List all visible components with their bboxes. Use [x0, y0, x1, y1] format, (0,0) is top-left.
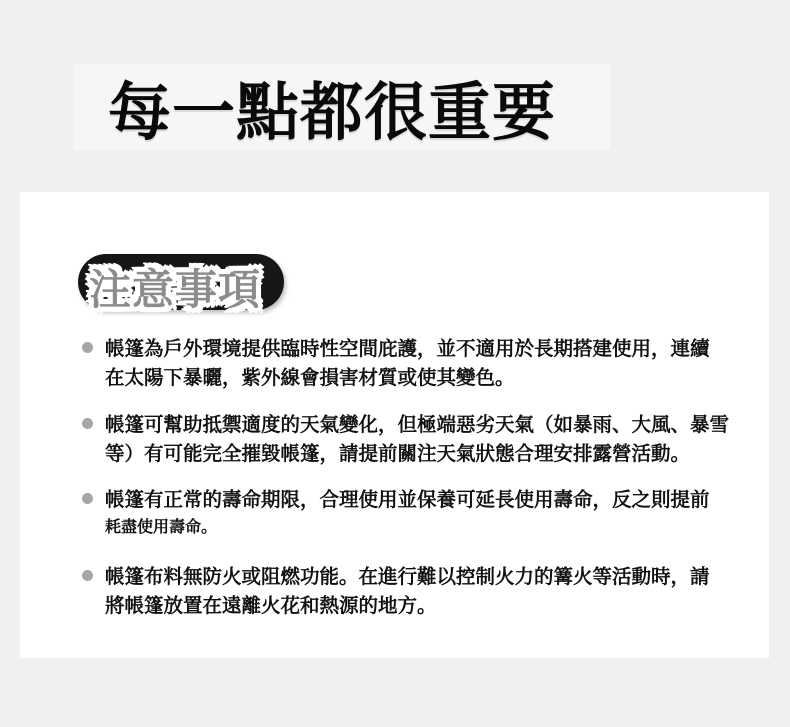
bullet-text: 帳篷為戶外環境提供臨時性空間庇護，並不適用於長期搭建使用，連續 在太陽下暴曬，紫…: [105, 335, 710, 393]
list-item: 帳篷有正常的壽命期限，合理使用並保養可延長使用壽命，反之則提前 耗盡使用壽命。: [82, 486, 710, 541]
bullet-dot-icon: [82, 342, 93, 353]
bullet-dot-icon: [82, 570, 93, 581]
bullet-text: 帳篷布料無防火或阻燃功能。在進行難以控制火力的篝火等活動時，請 將帳篷放置在遠離…: [105, 563, 710, 621]
bullet-text: 帳篷可幫助抵禦適度的天氣變化，但極端惡劣天氣（如暴雨、大風、暴雪 等）有可能完全…: [105, 411, 729, 469]
bullet-line: 等）有可能完全摧毀帳篷，請提前關注天氣狀態合理安排露營活動。: [105, 440, 729, 469]
bullet-line: 帳篷有正常的壽命期限，合理使用並保養可延長使用壽命，反之則提前: [105, 486, 710, 515]
list-item: 帳篷可幫助抵禦適度的天氣變化，但極端惡劣天氣（如暴雨、大風、暴雪 等）有可能完全…: [82, 411, 729, 469]
bullet-dot-icon: [82, 418, 93, 429]
page-title: 每一點都很重要: [74, 62, 556, 153]
bullet-line: 帳篷布料無防火或阻燃功能。在進行難以控制火力的篝火等活動時，請: [105, 563, 710, 592]
notice-heading: 注意事項: [89, 257, 261, 317]
bullet-text: 帳篷有正常的壽命期限，合理使用並保養可延長使用壽命，反之則提前 耗盡使用壽命。: [105, 486, 710, 541]
list-item: 帳篷布料無防火或阻燃功能。在進行難以控制火力的篝火等活動時，請 將帳篷放置在遠離…: [82, 563, 710, 621]
bullet-line: 耗盡使用壽命。: [105, 515, 710, 541]
title-banner: 每一點都很重要: [74, 64, 611, 150]
notice-heading-badge: 注意事項: [78, 254, 284, 310]
bullet-line: 帳篷為戶外環境提供臨時性空間庇護，並不適用於長期搭建使用，連續: [105, 335, 710, 364]
bullet-dot-icon: [82, 493, 93, 504]
notice-card: 注意事項 帳篷為戶外環境提供臨時性空間庇護，並不適用於長期搭建使用，連續 在太陽…: [20, 192, 769, 658]
bullet-line: 帳篷可幫助抵禦適度的天氣變化，但極端惡劣天氣（如暴雨、大風、暴雪: [105, 411, 729, 440]
bullet-line: 在太陽下暴曬，紫外線會損害材質或使其變色。: [105, 364, 710, 393]
list-item: 帳篷為戶外環境提供臨時性空間庇護，並不適用於長期搭建使用，連續 在太陽下暴曬，紫…: [82, 335, 710, 393]
bullet-line: 將帳篷放置在遠離火花和熱源的地方。: [105, 592, 710, 621]
